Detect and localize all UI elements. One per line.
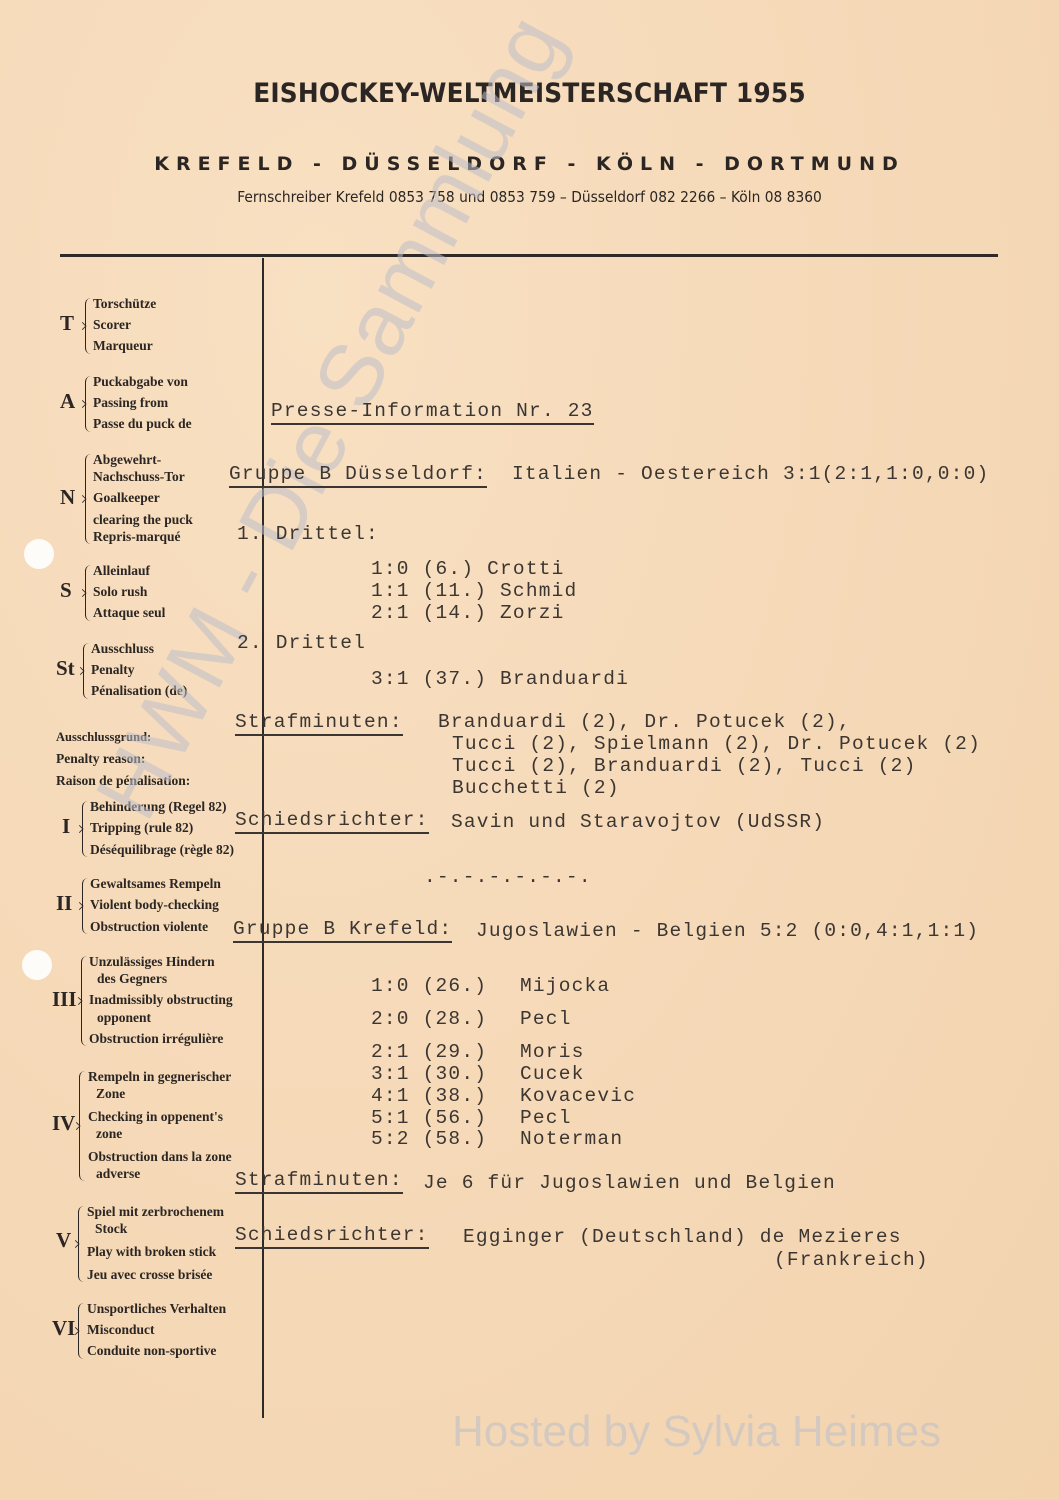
game2-referees-cont: (Frankreich)	[774, 1249, 929, 1271]
legend-line: Alleinlauf	[93, 563, 150, 579]
legend-line: Inadmissibly obstructing	[89, 992, 233, 1008]
legend-line: Obstruction irrégulière	[89, 1031, 223, 1047]
legend-line: Spiel mit zerbrochenem	[87, 1204, 224, 1220]
game1-period1: 1. Drittel:	[237, 523, 379, 545]
legend-line: Violent body-checking	[90, 897, 219, 913]
legend-line: Jeu avec crosse brisée	[87, 1267, 212, 1283]
legend-line: Misconduct	[87, 1322, 155, 1338]
legend-line: Stock	[87, 1221, 127, 1237]
goal-row: 2:0 (28.)	[371, 1008, 487, 1030]
game2-penalties-label: Strafminuten:	[235, 1169, 403, 1194]
legend-letter: VI	[52, 1316, 75, 1341]
legend-letter: St	[56, 656, 75, 681]
legend-line: Attaque seul	[93, 605, 165, 621]
header-rule	[60, 254, 998, 257]
goal-player: Noterman	[520, 1128, 623, 1150]
brace-icon	[79, 1071, 86, 1181]
goal-line: 1:0 (6.) Crotti	[371, 558, 577, 580]
brace-icon	[82, 801, 89, 857]
legend-line: Passe du puck de	[93, 416, 192, 432]
penalty-line: Bucchetti (2)	[438, 777, 981, 799]
section-separator: .-.-.-.-.-.-.	[424, 866, 592, 888]
goal-row: 5:2 (58.)	[371, 1128, 487, 1150]
game1-goal-period2: 3:1 (37.) Branduardi	[371, 668, 629, 690]
legend-letter: N	[60, 485, 75, 510]
legend-line: Obstruction dans la zone	[88, 1149, 232, 1165]
legend-line: Conduite non-sportive	[87, 1343, 216, 1359]
brace-icon	[85, 454, 92, 544]
game1-referees-label: Schiedsrichter:	[235, 809, 429, 834]
legend-letter: T	[60, 311, 74, 336]
legend-line: opponent	[89, 1010, 151, 1026]
game1-referees: Savin und Staravojtov (UdSSR)	[451, 811, 825, 833]
legend-letter: I	[62, 814, 70, 839]
legend-letter: III	[52, 987, 77, 1012]
game1-goals-period1: 1:0 (6.) Crotti 1:1 (11.) Schmid 2:1 (14…	[371, 558, 577, 624]
goal-player: Kovacevic	[520, 1085, 636, 1107]
legend-line: Unsportliches Verhalten	[87, 1301, 226, 1317]
punch-hole	[24, 539, 54, 569]
legend-line: Marqueur	[93, 338, 153, 354]
legend-line: Goalkeeper	[93, 490, 160, 506]
telex-numbers: Fernschreiber Krefeld 0853 758 und 0853 …	[42, 188, 1016, 206]
hosted-by-watermark: Hosted by Sylvia Heimes	[452, 1407, 941, 1457]
penalty-line: Tucci (2), Branduardi (2), Tucci (2)	[438, 755, 981, 777]
brace-icon	[85, 298, 92, 354]
legend-line: Nachschuss-Tor	[93, 469, 185, 485]
goal-row: 2:1 (29.)	[371, 1041, 487, 1063]
brace-icon	[85, 565, 92, 621]
legend-line: Scorer	[93, 317, 131, 333]
goal-row: 5:1 (56.)	[371, 1107, 487, 1129]
legend-line: Passing from	[93, 395, 168, 411]
legend-line: Torschütze	[93, 296, 156, 312]
game2-referees-label: Schiedsrichter:	[235, 1224, 429, 1249]
legend-letter: A	[60, 389, 75, 414]
goal-player: Moris	[520, 1041, 585, 1063]
press-info-heading: Presse-Information Nr. 23	[271, 400, 594, 425]
legend-line: Play with broken stick	[87, 1244, 216, 1260]
game1-group-label: Gruppe B Düsseldorf:	[229, 463, 487, 488]
brace-icon	[78, 1206, 85, 1282]
brace-icon	[82, 878, 89, 934]
game1-result: Italien - Oestereich 3:1(2:1,1:0,0:0)	[512, 463, 989, 485]
legend-letter: V	[56, 1228, 71, 1253]
goal-line: 1:1 (11.) Schmid	[371, 580, 577, 602]
goal-row: 3:1 (30.)	[371, 1063, 487, 1085]
legend-line: Penalty	[91, 662, 135, 678]
game2-referees: Egginger (Deutschland) de Mezieres	[463, 1226, 902, 1248]
legend-letter: S	[60, 578, 72, 603]
legend-line: zone	[88, 1126, 122, 1142]
legend-line: Obstruction violente	[90, 919, 208, 935]
penalty-line: Branduardi (2), Dr. Potucek (2),	[438, 711, 981, 733]
game2-result: Jugoslawien - Belgien 5:2 (0:0,4:1,1:1)	[476, 920, 979, 942]
game1-penalties: Branduardi (2), Dr. Potucek (2), Tucci (…	[438, 711, 981, 799]
legend-letter: IV	[52, 1111, 75, 1136]
legend-line: des Gegners	[89, 971, 167, 987]
legend-line: clearing the puck	[93, 512, 193, 528]
legend-line: Puckabgabe von	[93, 374, 188, 390]
goal-player: Pecl	[520, 1008, 572, 1030]
legend-line: Déséquilibrage (règle 82)	[90, 842, 234, 858]
goal-player: Mijocka	[520, 975, 610, 997]
host-cities: KREFELD - DÜSSELDORF - KÖLN - DORTMUND	[0, 153, 1059, 175]
game1-period2: 2. Drittel	[237, 632, 366, 654]
brace-icon	[83, 643, 90, 699]
goal-row: 1:0 (26.)	[371, 975, 487, 997]
brace-icon	[81, 956, 88, 1046]
legend-line: Checking in oppenent's	[88, 1109, 223, 1125]
goal-line: 2:1 (14.) Zorzi	[371, 602, 577, 624]
legend-line: Repris-marqué	[93, 529, 181, 545]
legend-line: Zone	[88, 1086, 125, 1102]
game1-penalties-label: Strafminuten:	[235, 711, 403, 736]
brace-icon	[85, 376, 92, 432]
brace-icon	[78, 1303, 85, 1359]
legend-line: Solo rush	[93, 584, 147, 600]
goal-row: 4:1 (38.)	[371, 1085, 487, 1107]
punch-hole	[22, 950, 52, 980]
game2-group-label: Gruppe B Krefeld:	[233, 918, 452, 943]
legend-letter: II	[56, 891, 72, 916]
legend-line: Abgewehrt-	[93, 452, 161, 468]
legend-line: Unzulässiges Hindern	[89, 954, 215, 970]
goal-player: Cucek	[520, 1063, 585, 1085]
legend-line: Rempeln in gegnerischer	[88, 1069, 231, 1085]
legend-line: adverse	[88, 1166, 140, 1182]
legend-line: Gewaltsames Rempeln	[90, 876, 221, 892]
penalty-line: Tucci (2), Spielmann (2), Dr. Potucek (2…	[438, 733, 981, 755]
goal-player: Pecl	[520, 1107, 572, 1129]
game2-penalties: Je 6 für Jugoslawien und Belgien	[423, 1172, 836, 1194]
